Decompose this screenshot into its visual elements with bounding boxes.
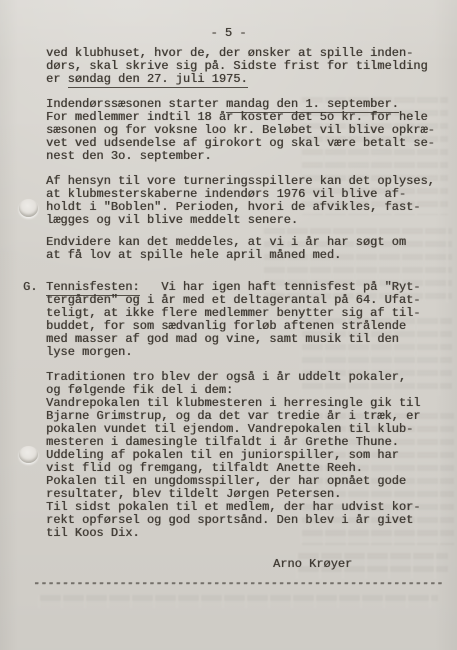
paragraph: Af hensyn til vore turneringsspillere ka…	[46, 175, 448, 227]
text-segment: dørs, skal skrive sig på. Sidste frist f…	[46, 59, 428, 73]
paragraph: G.Tennisfesten: Vi har igen haft tennisf…	[46, 281, 448, 359]
text-segment: Indendørssæsonen starter	[46, 97, 226, 111]
text-segment: at få lov at spille hele april måned med…	[46, 248, 341, 262]
text-segment: Traditionen tro blev der også i år uddel…	[46, 370, 406, 384]
text-line: til Koos Dix.	[46, 527, 448, 540]
text-segment: Vi har igen haft tennisfest på "Ryt-	[140, 280, 421, 294]
paragraph: Endvidere kan det meddeles, at vi i år h…	[46, 236, 448, 262]
punch-hole-top	[19, 199, 38, 217]
text-segment: Af hensyn til vore turneringsspillere ka…	[46, 174, 435, 188]
punch-hole-bottom	[19, 446, 38, 463]
text-segment: Uddeling af pokalen til en juniorspiller…	[46, 448, 399, 462]
text-segment: For medlemmer indtil 18 år koster det 5o…	[46, 110, 428, 124]
text-segment: buddet, for som sædvanlig forløb aftenen…	[46, 319, 406, 333]
section-marker: G.	[23, 281, 37, 294]
text-segment: til Koos Dix.	[46, 526, 140, 540]
ink-bleedthrough-patch	[38, 595, 438, 608]
document-body: ved klubhuset, hvor de, der ønsker at sp…	[46, 47, 448, 540]
text-segment: holdt i "Boblen". Perioden, hvori de afv…	[46, 200, 420, 214]
text-segment: ved klubhuset, hvor de, der ønsker at sp…	[46, 46, 413, 60]
text-segment: teligt, at ikke flere medlemmer benytter…	[46, 306, 420, 320]
text-segment: pokalen vundet til ejendom. Vandrepokale…	[46, 422, 413, 436]
text-segment: lyse morgen.	[46, 345, 132, 359]
text-segment: rekt opførsel og god sportsånd. Den blev…	[46, 513, 413, 527]
text-segment: Endvidere kan det meddeles, at vi i år h…	[46, 235, 406, 249]
scanned-document-page: - 5 - ved klubhuset, hvor de, der ønsker…	[0, 0, 457, 650]
text-segment: med masser af god mad og vine, samt musi…	[46, 332, 399, 346]
dashed-separator-line: ----------------------------------------…	[33, 577, 443, 590]
text-line: at få lov at spille hele april måned med…	[46, 249, 448, 262]
text-segment: at klubmesterskaberne indendørs 1976 vil…	[46, 187, 406, 201]
paragraph: Traditionen tro blev der også i år uddel…	[46, 371, 448, 540]
text-line: er søndag den 27. juli 1975.	[46, 73, 448, 86]
text-segment: er	[46, 72, 68, 86]
text-segment: vist flid og fremgang, tilfaldt Anette R…	[46, 461, 363, 475]
text-line: lyse morgen.	[46, 346, 448, 359]
text-segment: og følgende fik del i dem:	[46, 383, 233, 397]
text-line: nest den 3o. september.	[46, 150, 448, 163]
text-segment: Pokalen til en ungdomsspiller, der har o…	[46, 474, 406, 488]
page-number: - 5 -	[0, 27, 457, 40]
text-segment: vet ved udsendelse af girokort og skal v…	[46, 136, 435, 150]
text-segment: lægges og vil blive meddelt senere.	[46, 213, 298, 227]
paragraph: ved klubhuset, hvor de, der ønsker at sp…	[46, 47, 448, 86]
text-segment: Til sidst pokalen til et medlem, der har…	[46, 500, 420, 514]
text-line: lægges og vil blive meddelt senere.	[46, 214, 448, 227]
text-segment: nest den 3o. september.	[46, 149, 212, 163]
text-segment: tergården" og i år med et deltagerantal …	[46, 293, 420, 307]
underlined-text: søndag den 27. juli 1975.	[68, 72, 248, 88]
text-segment: mesteren i damesingle tilfaldt i år Gret…	[46, 435, 399, 449]
paragraph: Indendørssæsonen starter mandag den 1. s…	[46, 98, 448, 163]
text-segment: sæsonen og for voksne loo kr. Beløbet vi…	[46, 123, 435, 137]
signature: Arno Krøyer	[273, 558, 352, 571]
text-segment: resultater, blev tildelt Jørgen Petersen…	[46, 487, 341, 501]
text-segment: Vandrepokalen til klubmesteren i herresi…	[46, 396, 420, 410]
text-segment: Bjarne Grimstrup, og da det var tredie å…	[46, 409, 420, 423]
